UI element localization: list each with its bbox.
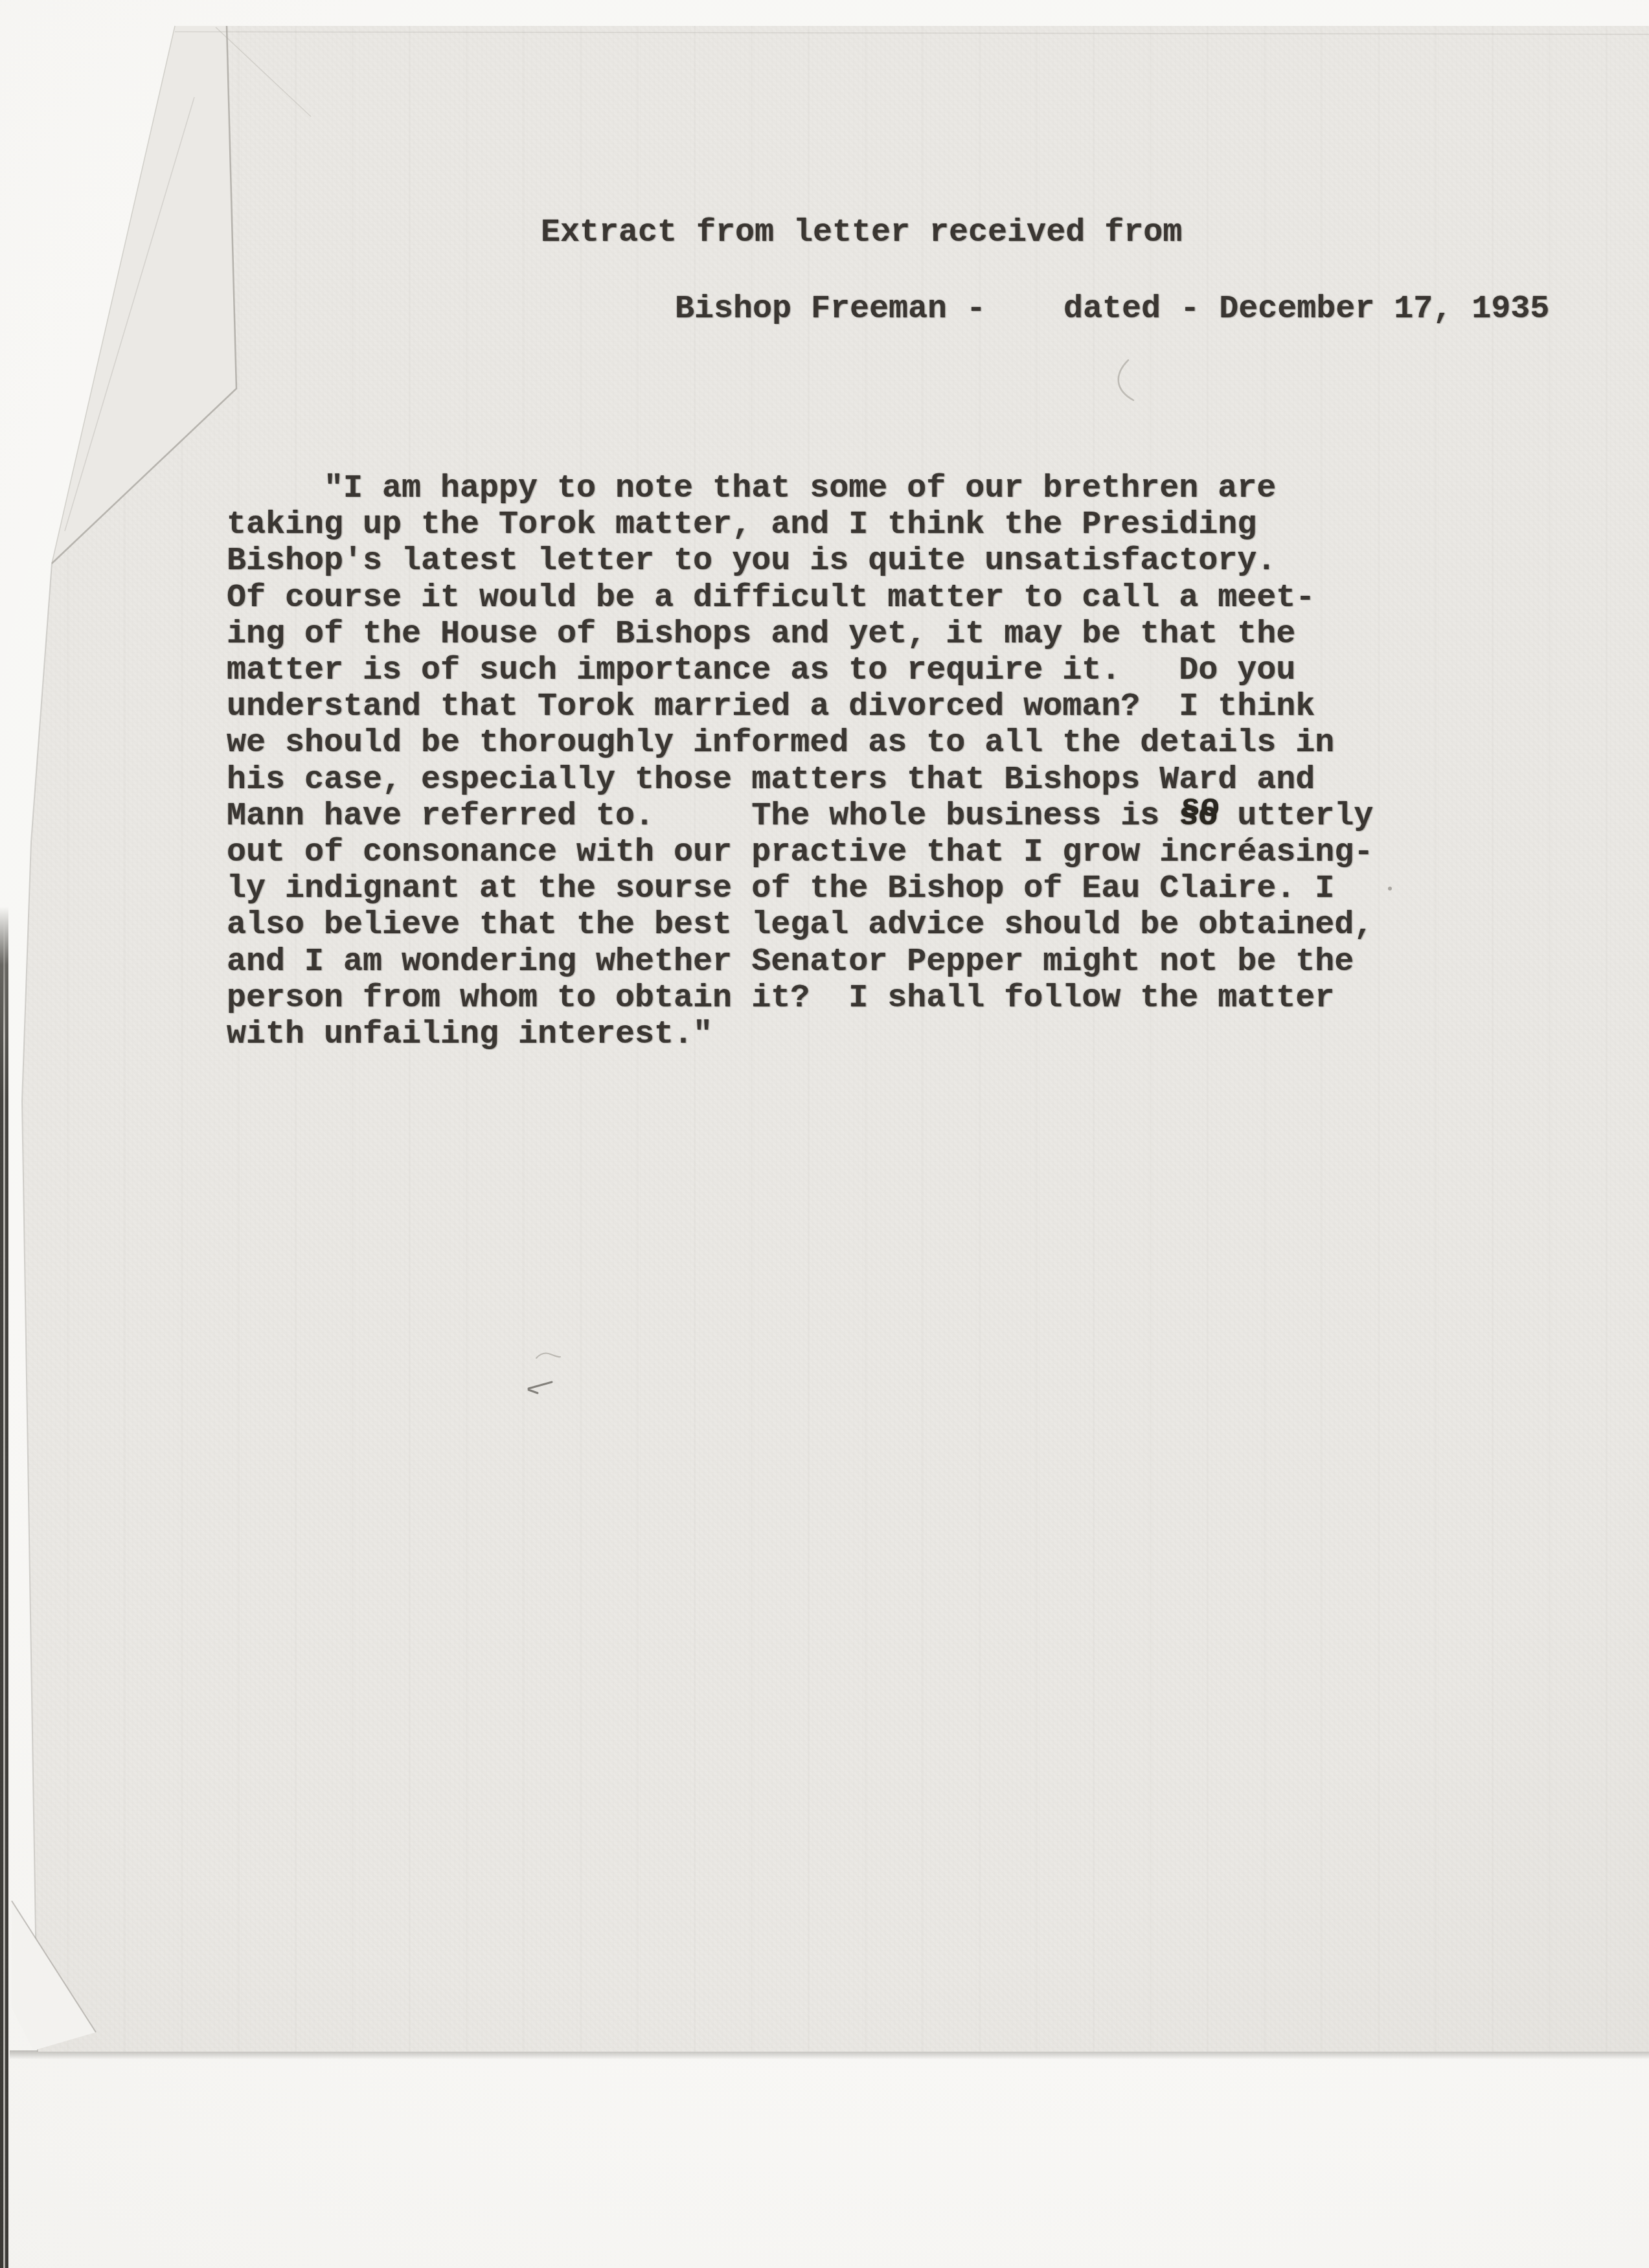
typed-line: person from whom to obtain it? I shall f…: [227, 981, 1373, 1017]
typed-line: out of consonance with our practive that…: [227, 835, 1373, 871]
typed-line: "I am happy to note that some of our bre…: [227, 471, 1373, 507]
typed-line: ing of the House of Bishops and yet, it …: [227, 617, 1373, 653]
typed-line: Mann have referred to. The whole busines…: [227, 799, 1373, 835]
header-line-2: Bishop Freeman - dated - December 17, 19…: [675, 291, 1549, 328]
typed-line: ly indignant at the sourse of the Bishop…: [227, 871, 1373, 907]
overstruck-word: so: [1179, 799, 1218, 835]
typed-line: also believe that the best legal advice …: [227, 907, 1373, 944]
letter-body: "I am happy to note that some of our bre…: [227, 471, 1373, 1053]
typed-line: matter is of such importance as to requi…: [227, 653, 1373, 689]
typed-line: Bishop's latest letter to you is quite u…: [227, 543, 1373, 580]
typed-page: Extract from letter received from Bishop…: [10, 26, 1649, 2052]
typed-line-segment: utterly: [1218, 798, 1373, 835]
typed-line: we should be thoroughly informed as to a…: [227, 725, 1373, 762]
typed-line: and I am wondering whether Senator Peppe…: [227, 944, 1373, 981]
typed-line: his case, especially those matters that …: [227, 762, 1373, 799]
scanned-document: Extract from letter received from Bishop…: [0, 0, 1649, 2268]
typed-line-segment: Mann have referred to. The whole busines…: [227, 798, 1179, 835]
page-bottom-edge-shadow: [10, 2050, 1649, 2059]
typed-line: taking up the Torok matter, and I think …: [227, 507, 1373, 543]
typed-line: with unfailing interest.": [227, 1017, 1373, 1053]
typed-line: understand that Torok married a divorced…: [227, 689, 1373, 725]
header-line-1: Extract from letter received from: [541, 215, 1182, 251]
scanner-edge-strip: [0, 907, 8, 2268]
typed-line: Of course it would be a difficult matter…: [227, 580, 1373, 617]
